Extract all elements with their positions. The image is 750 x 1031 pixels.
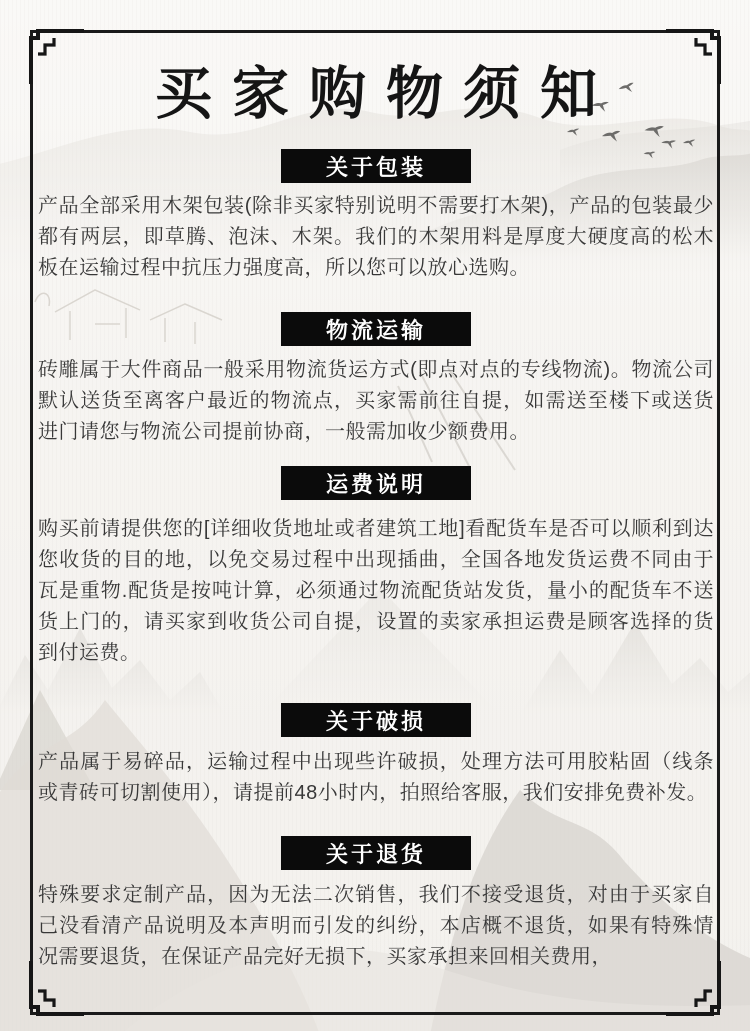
section-header-packaging: 关于包装 (281, 149, 471, 183)
section-body-shipping-fee: 购买前请提供您的[详细收货地址或者建筑工地]看配货车是否可以顺利到达您收货的目的… (38, 514, 714, 669)
page-title: 买家购物须知 (38, 64, 714, 124)
section-body-packaging: 产品全部采用木架包装(除非买家特别说明不需要打木架)，产品的包装最少都有两层，即… (38, 191, 714, 284)
section-body-damage: 产品属于易碎品，运输过程中出现些许破损，处理方法可用胶粘固（线条或青砖可切割使用… (38, 747, 714, 809)
section-header-label: 关于破损 (326, 705, 426, 736)
section-header-label: 关于退货 (326, 838, 426, 869)
section-header-damage: 关于破损 (281, 703, 471, 737)
section-header-shipping-fee: 运费说明 (281, 466, 471, 500)
section-body-returns: 特殊要求定制产品，因为无法二次销售，我们不接受退货，对由于买家自己没看清产品说明… (38, 880, 714, 973)
section-header-label: 关于包装 (326, 151, 426, 182)
section-header-label: 运费说明 (326, 468, 426, 499)
section-header-label: 物流运输 (326, 314, 426, 345)
section-header-logistics: 物流运输 (281, 312, 471, 346)
section-header-returns: 关于退货 (281, 836, 471, 870)
notice-content: 买家购物须知 关于包装 产品全部采用木架包装(除非买家特别说明不需要打木架)，产… (38, 30, 714, 973)
section-body-logistics: 砖雕属于大件商品一般采用物流货运方式(即点对点的专线物流)。物流公司默认送货至离… (38, 355, 714, 448)
